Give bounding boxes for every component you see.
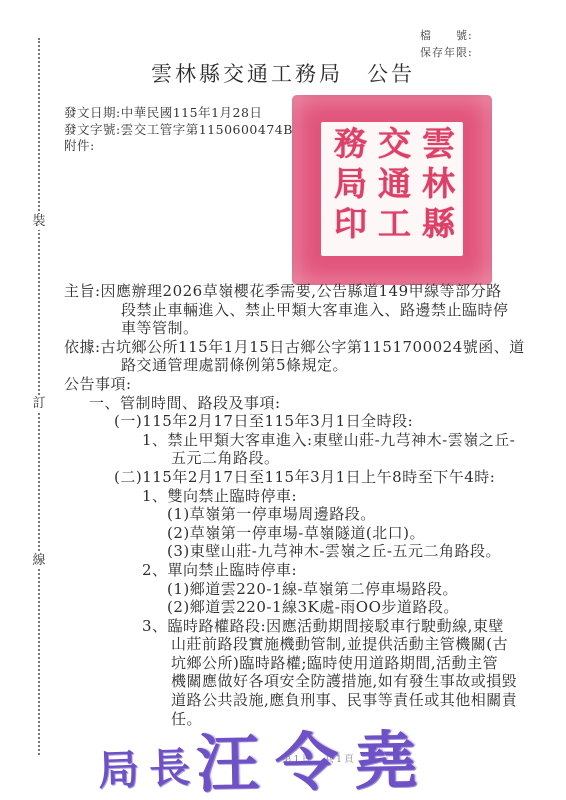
body-line: (2)鄉道雲220-1線3K處-雨OO步道路段。 xyxy=(64,598,534,617)
binding-mark-ding: 訂 xyxy=(31,396,47,412)
archival-labels: 檔 號: 保存年限: xyxy=(420,27,473,61)
body-line: 1、禁止甲類大客車進入:東壁山莊-九芎神木-雲嶺之丘- xyxy=(64,431,534,450)
binding-mark-xian: 線 xyxy=(31,553,47,569)
body-line: (1)鄉道雲220-1線-草嶺第二停車場路段。 xyxy=(64,580,534,599)
announcement-body: 主旨:因應辦理2026草嶺櫻花季需要,公告縣道149甲線等部分路 段禁止車輛進入… xyxy=(64,282,534,728)
body-line: 路交通管理處罰條例第5條規定。 xyxy=(64,356,534,375)
body-line: 一、管制時間、路段及事項: xyxy=(64,394,534,413)
file-number-label: 檔 號: xyxy=(420,27,473,44)
body-line: 車等管制。 xyxy=(64,319,534,338)
body-line: 3、臨時路權路段:因應活動期間接駁車行駛動線,東壁 xyxy=(64,617,534,636)
body-line: 道路公共設施,應負刑事、民事等責任或其他相關責 xyxy=(64,691,534,710)
body-line: (3)東壁山莊-九芎神木-雲嶺之丘-五元二角路段。 xyxy=(64,542,534,561)
body-line: (1)草嶺第一停車場周邊路段。 xyxy=(64,505,534,524)
document-number: 發文字號:雲交工管字第1150600474B號 xyxy=(64,122,306,139)
binding-mark-zhuang: 裝 xyxy=(31,214,47,230)
body-line: 依據:古坑鄉公所115年1月15日古鄉公字第1151700024號函、道 xyxy=(64,338,534,357)
body-line: 山莊前路段實施機動管制,並提供活動主管機關(古 xyxy=(64,635,534,654)
document-meta: 發文日期:中華民國115年1月28日 發文字號:雲交工管字第1150600474… xyxy=(64,105,306,155)
body-line: 公告事項: xyxy=(64,375,534,394)
official-seal-text: 雲林縣交通工務局印 xyxy=(326,126,458,252)
page-number-text: 第1頁 共1頁 xyxy=(282,751,356,765)
page-title: 雲林縣交通工務局 公告 xyxy=(0,58,566,88)
body-line: (2)草嶺第一停車場-草嶺隧道(北口)。 xyxy=(64,524,534,543)
body-line: 機關應做好各項安全防護措施,如有發生事故或損毀 xyxy=(64,672,534,691)
body-line: 1、雙向禁止臨時停車: xyxy=(64,487,534,506)
attachment-label: 附件: xyxy=(64,138,306,155)
official-seal-stamp: 雲林縣交通工務局印 xyxy=(292,95,492,285)
body-line: 任。 xyxy=(64,710,534,729)
body-line: (一)115年2月17日至115年3月1日全時段: xyxy=(64,412,534,431)
body-line: 2、單向禁止臨時停車: xyxy=(64,561,534,580)
body-line: 五元二角路段。 xyxy=(64,449,534,468)
body-line: 坑鄉公所)臨時路權;臨時使用道路期間,活動主管 xyxy=(64,654,534,673)
body-line: 主旨:因應辦理2026草嶺櫻花季需要,公告縣道149甲線等部分路 xyxy=(64,282,534,301)
director-title-stamp: 局長 xyxy=(97,734,201,797)
announcement-document: 檔 號: 保存年限: 雲林縣交通工務局 公告 發文日期:中華民國115年1月28… xyxy=(0,0,566,800)
issue-date: 發文日期:中華民國115年1月28日 xyxy=(64,105,306,122)
body-line: 段禁止車輛進入、禁止甲類大客車進入、路邊禁止臨時停 xyxy=(64,301,534,320)
body-line: (二)115年2月17日至115年3月1日上午8時至下午4時: xyxy=(64,468,534,487)
official-seal-inner: 雲林縣交通工務局印 xyxy=(321,122,463,256)
